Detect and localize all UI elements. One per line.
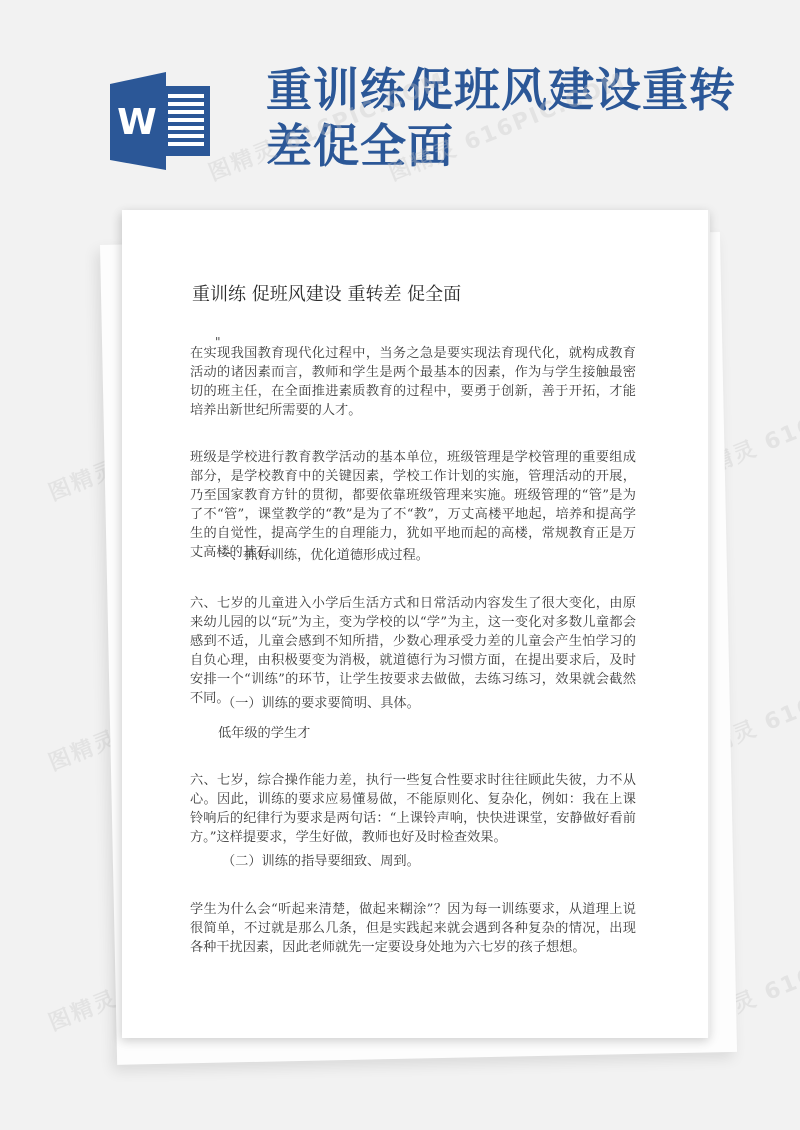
svg-text:W: W [117,102,157,143]
paragraph: 班级是学校进行教育教学活动的基本单位，班级管理是学校管理的重要组成部分，是学校教… [190,448,636,562]
paragraph: 六、七岁，综合操作能力差，执行一些复合性要求时往往顾此失彼，力不从心。因此，训练… [190,771,636,847]
paragraph: 学生为什么会“听起来清楚，做起来糊涂”？因为每一训练要求，从道理上说很简单，不过… [190,900,636,957]
word-document-icon: W [110,72,214,170]
paragraph: 六、七岁的儿童进入小学后生活方式和日常活动内容发生了很大变化，由原来幼儿园的以“… [190,594,636,708]
section-heading: 一、抓好训练，优化道德形成过程。 [218,546,429,565]
header-banner: W 重训练促班风建设重转差促全面 [0,0,800,200]
header-title: 重训练促班风建设重转差促全面 [266,62,736,174]
document-title: 重训练 促班风建设 重转差 促全面 [192,283,652,307]
subsection-heading: （二）训练的指导要细致、周到。 [222,852,420,871]
subsection-heading: （一）训练的要求要简明、具体。 [222,694,420,713]
paragraph: 低年级的学生才 [218,724,310,743]
document-page: 重训练 促班风建设 重转差 促全面 " 在实现我国教育现代化过程中，当务之急是要… [122,210,710,1038]
paragraph: 在实现我国教育现代化过程中，当务之急是要实现法育现代化，就构成教育活动的诸因素而… [190,344,636,420]
